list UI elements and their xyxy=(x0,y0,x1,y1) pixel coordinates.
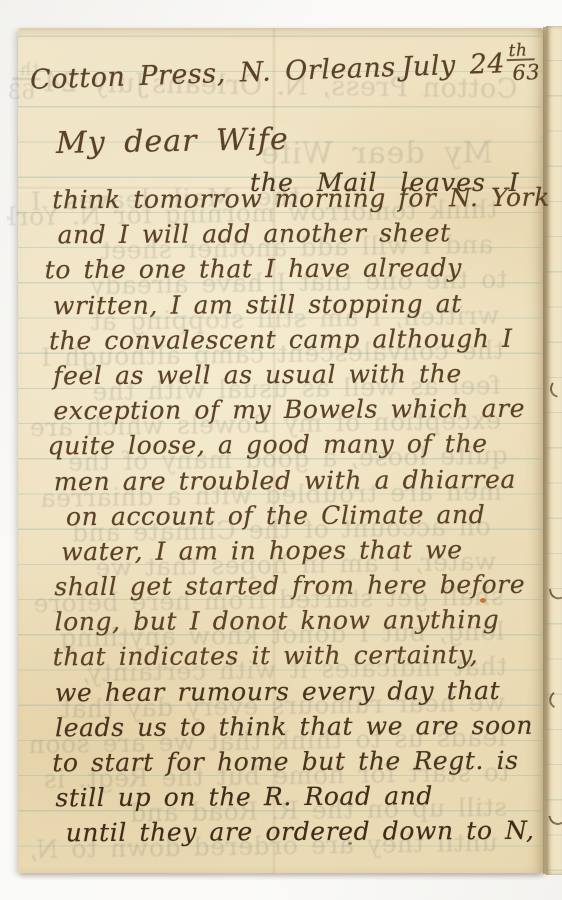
letter-date: July 24 th 63 xyxy=(401,47,535,87)
paper-stain xyxy=(480,598,486,603)
ink-mark xyxy=(549,587,562,601)
letter-line: to the one that I have already xyxy=(45,250,535,288)
letter-line: shall get started from here before xyxy=(54,567,536,605)
page-fold-edge xyxy=(543,27,546,874)
ink-mark xyxy=(545,692,561,708)
letter-line: long, but I donot know anything xyxy=(54,602,536,640)
letter-line: written, I am still stopping at xyxy=(53,285,535,323)
letter-line: we hear rumours every day that xyxy=(55,672,537,710)
letter-line: and I will add another sheet xyxy=(57,215,534,253)
letter-body: think tomorrow morning for N. York and I… xyxy=(52,180,537,851)
ink-text-layer: Cotton Press, N. Orleans July 24 th 63 M… xyxy=(18,28,543,873)
scanned-letter: Cotton Press, N. Orleans July 24 th 63 M… xyxy=(0,0,562,900)
salutation: My dear Wife xyxy=(56,122,289,161)
date-ordinal: th xyxy=(506,43,534,61)
letter-line: the convalescent camp although I xyxy=(49,320,535,358)
heading-place: Cotton Press, N. Orleans xyxy=(30,52,397,96)
date-fraction: th 63 xyxy=(507,47,536,83)
letter-line: exception of my Bowels which are xyxy=(53,391,535,429)
letter-line: on account of the Climate and xyxy=(66,496,536,534)
letter-line: leads us to think that we are soon xyxy=(55,708,537,746)
letter-line: think tomorrow morning for N. York xyxy=(52,180,534,218)
letter-line: water, I am in hopes that we xyxy=(61,532,536,570)
date-month-day: July 24 xyxy=(401,48,506,83)
letter-line: men are troubled with a dhiarrea xyxy=(54,461,536,499)
letter-line: quite loose, a good many of the xyxy=(48,426,536,464)
ink-mark xyxy=(548,812,562,827)
date-year: 63 xyxy=(512,64,540,83)
ink-mark xyxy=(547,382,562,397)
letter-page: Cotton Press, N. Orleans July 24 th 63 M… xyxy=(18,28,543,873)
second-page-edge xyxy=(546,26,562,875)
letter-heading: Cotton Press, N. Orleans July 24 th 63 xyxy=(30,47,536,100)
paper-stain xyxy=(348,842,352,845)
letter-line: to start for home but the Regt. is xyxy=(52,743,537,781)
letter-line: that indicates it with certainty, xyxy=(53,637,537,675)
letter-line: still up on the R. Road and xyxy=(55,778,537,816)
letter-line: feel as well as usual with the xyxy=(53,356,535,394)
letter-line: until they are ordered down to N, xyxy=(66,813,538,851)
